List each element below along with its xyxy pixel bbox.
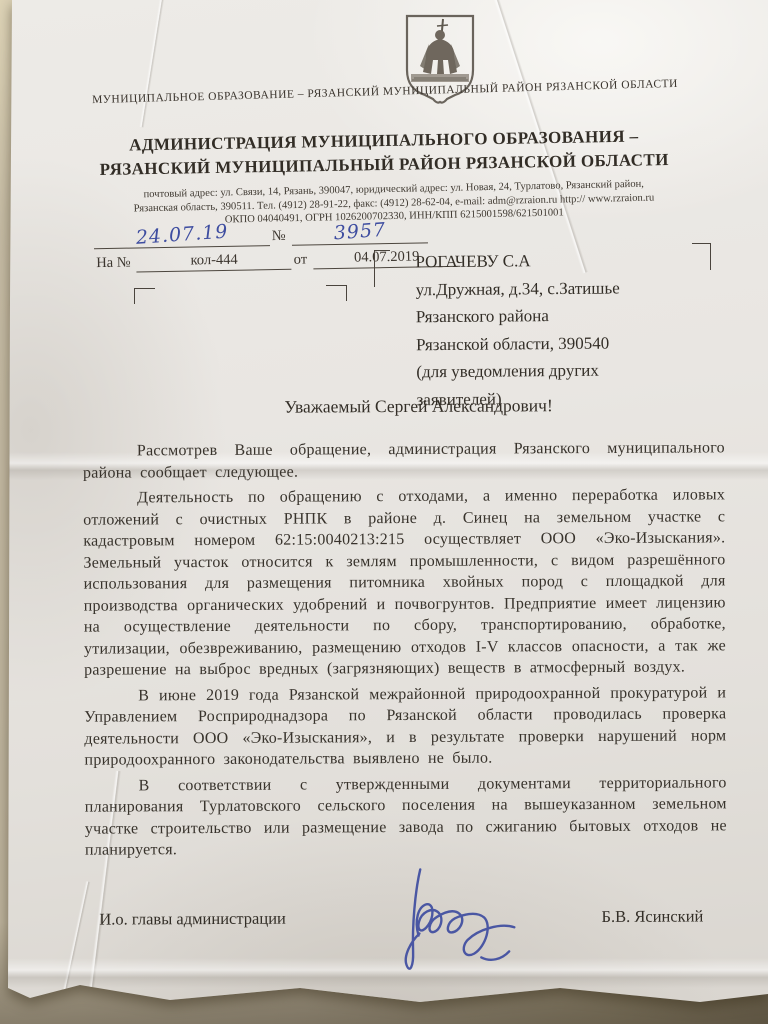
handwritten-date: 24.07.19 [135,220,229,248]
recipient-block: РОГАЧЕВУ С.А ул.Дружная, д.34, с.Затишье… [415,246,706,414]
recipient-street: ул.Дружная, д.34, с.Затишье [416,273,706,303]
paragraph-activity: Деятельность по обращению с отходами, а … [83,484,726,681]
incoming-number-field: кол-444 [136,251,291,273]
from-label: от [294,251,308,268]
document-paper: МУНИЦИПАЛЬНОЕ ОБРАЗОВАНИЕ – РЯЗАНСКИЙ МУ… [0,0,768,1024]
recipient-note-line1: (для уведомления других [416,356,706,386]
reply-to-label: На № [96,255,131,273]
reference-block: 24.07.19 № 3957 На № кол-444 от 04.07.20… [94,219,461,273]
signer-position: И.о. главы администрации [99,908,286,929]
recipient-district: Рязанского района [416,301,706,331]
photo-background: МУНИЦИПАЛЬНОЕ ОБРАЗОВАНИЕ – РЯЗАНСКИЙ МУ… [0,0,768,1024]
corner-mark-left-block-tl [134,288,155,304]
paper-crease [139,0,166,128]
paragraph-inspection: В июне 2019 года Рязанской межрайонной п… [84,682,726,771]
outgoing-date-field: 24.07.19 [94,222,270,249]
paragraph-planning: В соответствии с утвержденными документа… [85,772,727,861]
paragraph-intro: Рассмотрев Ваше обращение, администрация… [83,437,725,483]
paper-crease [0,958,768,988]
incoming-ref-row: На № кол-444 от 04.07.2019 [94,248,460,273]
paper-shadow-wrap: МУНИЦИПАЛЬНОЕ ОБРАЗОВАНИЕ – РЯЗАНСКИЙ МУ… [0,0,768,1024]
outgoing-number-field: 3957 [291,219,427,245]
corner-mark-left-block-tr [326,285,347,301]
recipient-region: Рязанской области, 390540 [416,328,706,358]
corner-mark-recipient-tl [374,250,390,287]
signer-name: Б.В. Ясинский [601,906,703,927]
number-sign-label: № [272,228,286,245]
municipality-header-line: МУНИЦИПАЛЬНОЕ ОБРАЗОВАНИЕ – РЯЗАНСКИЙ МУ… [20,76,750,108]
recipient-name: РОГАЧЕВУ С.А [415,246,705,276]
letter-body: Уважаемый Сергей Александрович! Рассмотр… [83,394,728,929]
signature-icon [386,859,540,979]
outgoing-ref-row: 24.07.19 № 3957 [94,219,460,249]
handwritten-number: 3957 [333,219,387,245]
salutation: Уважаемый Сергей Александрович! [113,394,725,418]
administration-title: АДМИНИСТРАЦИЯ МУНИЦИПАЛЬНОГО ОБРАЗОВАНИЯ… [44,123,725,183]
